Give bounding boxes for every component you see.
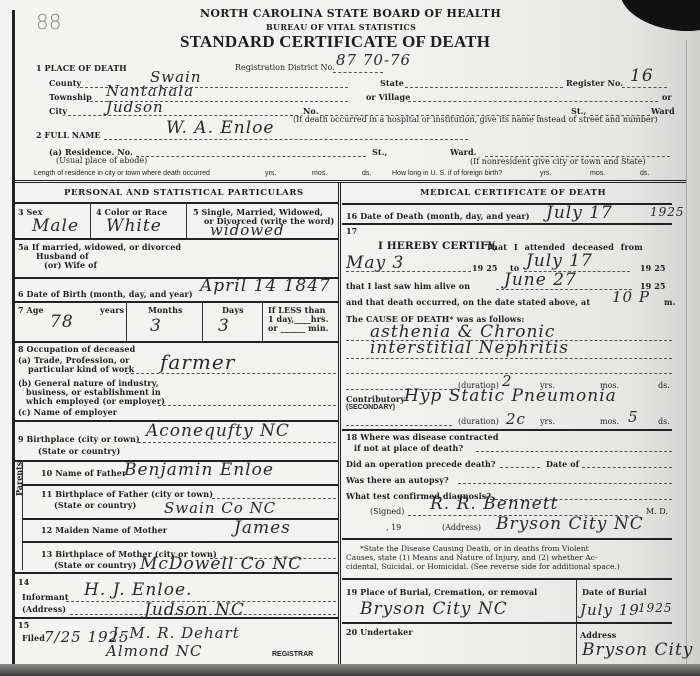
registrar-address: Almond NC [106,642,203,660]
operation-label: Did an operation precede death? [346,459,496,469]
mother-birth-sub: (State or country) [54,560,136,570]
length-ds-label: ds. [362,170,371,177]
certificate-title: STANDARD CERTIFICATE OF DEATH [180,32,490,52]
residence-sub: (Usual place of abode) [56,156,147,165]
county-label: County [49,78,81,88]
birthplace-value: Aconequfty NC [146,421,290,441]
secondary-label: (SECONDARY) [346,404,395,411]
row-rule [14,301,338,303]
informant-num: 14 [18,577,29,587]
undertaker-label: 20 Undertaker [346,627,413,637]
register-line [622,87,667,88]
father-label: 10 Name of Father [41,468,126,478]
age-days-value: 3 [218,316,230,336]
length-mos-label: mos. [312,170,327,177]
mother-birth-value: McDowell Co NC [140,554,302,574]
row-rule [14,238,338,240]
cause-rule-2 [346,358,672,359]
cause-line-2: interstitial Nephritis [370,338,569,358]
registration-district-label: Registration District No. [235,63,335,72]
age-label: 7 Age [18,305,44,315]
bureau-title: BUREAU OF VITAL STATISTICS [266,22,416,32]
undertaker-address-value: Bryson City [582,640,693,660]
state-label: State [380,78,404,88]
right-border [686,40,687,665]
item-17: 17 [346,226,357,236]
informant-value: H. J. Enloe. [84,580,192,600]
full-name-value: W. A. Enloe [166,118,274,138]
signer-address-label: (Address) [442,523,481,532]
q18-label-2: if not at place of death? [354,443,463,453]
registration-district-value: 87 70-76 [336,51,411,69]
industry-label-3: which employed (or employer) [26,396,165,406]
contributory-value: Hyp Static Pneumonia [404,386,617,406]
q18-label-1: 18 Where was disease contracted [346,432,499,442]
undertaker-address-label: Address [580,630,616,640]
last-seen-label: that I last saw him alive on [346,281,470,291]
years-label: years [100,305,124,315]
from-year: 19 25 [472,263,498,273]
contrib-ds-label: ds. [658,417,670,426]
months-label: Months [148,305,183,315]
row-rule [22,541,338,543]
or-label: or [662,92,672,102]
q18-line [476,451,672,452]
state-line [405,87,563,88]
autopsy-line [458,483,672,484]
medical-heading-rule [342,203,672,205]
medical-heading: MEDICAL CERTIFICATE OF DEATH [420,188,606,198]
nonresident-note: (If nonresident give city or town and St… [470,157,646,166]
registration-line [333,72,383,73]
row-rule [342,578,672,580]
to-year: 19 25 [640,263,666,273]
birthplace-line [138,442,336,443]
industry-line [158,405,336,406]
contrib-yrs-label: yrs. [540,417,555,426]
foreign-yrs-label: yrs. [540,170,551,177]
burial-value: Bryson City NC [360,599,508,619]
mother-value: James [234,518,291,538]
attended-to: July 17 [526,251,593,271]
signed-value: R. R. Bennett [430,494,558,514]
informant-address-label: (Address) [22,604,66,614]
attended-from: May 3 [346,253,404,273]
place-of-death-label: 1 PLACE OF DEATH [36,63,127,73]
death-certificate-page: 88 NORTH CAROLINA STATE BOARD OF HEALTH … [0,0,700,676]
page-number: 88 [36,10,61,34]
father-birth-value: Swain Co NC [164,499,276,517]
age-divider [202,301,203,341]
marital-value: widowed [210,221,285,239]
contributory-label: Contributory [346,394,405,404]
father-birth-label: 11 Birthplace of Father (city or town) [41,489,213,499]
sex-value: Male [32,216,79,236]
autopsy-label: Was there an autopsy? [346,475,449,485]
md-label: M. D. [646,507,668,516]
father-birth-sub: (State or country) [54,500,136,510]
length-residence-label: Length of residence in city or town wher… [34,170,210,177]
hospital-note: (If death occurred in a hospital or inst… [293,115,658,124]
row-rule [14,572,338,574]
trade-value: farmer [160,350,235,374]
date-of-label: Date of [546,459,579,469]
row-rule [342,538,672,540]
personal-heading: PERSONAL AND STATISTICAL PARTICULARS [64,188,304,198]
burial-date-label: Date of Burial [582,587,647,597]
foreign-mos-label: mos. [590,170,605,177]
informant-label: Informant [22,592,69,602]
age-years-value: 78 [50,312,74,332]
occurred-time: 10 P [612,288,650,306]
contrib-duration-rule [346,425,452,426]
from-line [346,271,471,272]
register-no-value: 16 [630,66,654,86]
age-divider [126,301,127,341]
race-value: White [106,216,162,236]
residence-st-label: St., [372,147,387,157]
scan-corner-shadow [616,0,700,39]
row-rule [342,429,672,431]
full-name-label: 2 FULL NAME [36,130,101,140]
trade-label-2: particular kind of work [28,364,134,374]
village-line [408,101,658,102]
occurred-label: and that death occurred, on the date sta… [346,297,590,307]
footnote-1: *State the Disease Causing Death, or in … [360,544,589,553]
last-seen-value: June 27 [504,270,577,290]
burial-year: 1925 [638,601,673,615]
residence-line [136,156,366,157]
row-rule [14,341,338,343]
footnote-3: cidental, Suicidal, or Homicidal. (See r… [346,562,620,571]
contrib-months: 5 [628,408,639,426]
registrar-name: J. M. R. Dehart [112,624,240,642]
residence-ward-label: Ward. [450,147,477,157]
contrib-duration-label: (duration) [458,417,499,426]
filed-label: Filed [22,633,45,643]
race-marital-divider [186,202,187,238]
village-label: or Village [366,92,410,102]
dod-value: July 17 [546,203,613,223]
m-label: m. [664,297,675,307]
length-yrs-label: yrs. [265,170,276,177]
parents-label: Parents [14,462,24,496]
city-label: City [49,106,67,116]
signed-label: (Signed) [370,507,404,516]
signer-address-value: Bryson City NC [496,514,644,534]
dob-label: 6 Date of Birth (month, day, and year) [18,289,193,299]
burial-label: 19 Place of Burial, Cremation, or remova… [346,587,537,597]
dod-label: 16 Date of Death (month, day, and year) [346,211,530,221]
foreign-ds-label: ds. [640,170,649,177]
burial-date-value: July 19 [580,601,640,619]
age-divider [262,301,263,341]
father-value: Benjamin Enloe [124,460,274,480]
nineteen-label: , 19 [386,523,401,532]
age-months-value: 3 [150,316,162,336]
column-divider [338,183,341,665]
row-rule [342,223,672,225]
contrib-mos-label: mos. [600,417,619,426]
occupation-label: 8 Occupation of deceased [18,344,135,354]
duration-ds-label: ds. [658,381,670,390]
row-rule [342,622,672,624]
city-value: Judson [106,98,164,116]
foreign-birth-label: How long in U. S. if of foreign birth? [392,170,502,177]
township-label: Township [49,92,92,102]
spouse-label-3: (or) Wife of [44,260,97,270]
city-line [68,115,298,116]
dob-value: April 14 1847 [200,276,331,296]
sex-race-divider [90,202,91,238]
left-border [12,10,15,665]
filed-num: 15 [18,620,29,630]
register-no-label: Register No. [566,78,623,88]
burial-divider [576,578,577,664]
mother-label: 12 Maiden Name of Mother [41,525,167,535]
full-name-line [104,139,468,140]
contrib-years: 2c [506,410,526,428]
dod-year: 1925 [650,205,685,219]
birthplace-label: 9 Birthplace (city or town) [18,434,140,444]
less-label-3: or ______ min. [268,323,329,333]
row-rule [14,617,338,619]
operation-line [500,467,540,468]
section-divider [14,180,686,183]
date-of-line [582,467,672,468]
certify-text: I HEREBY CERTIFY, [378,240,498,252]
footnote-2: Causes, state (1) Means and Nature of In… [346,553,597,562]
registrar-label: REGISTRAR [272,651,313,658]
row-rule [22,484,338,486]
scan-bottom-shadow [0,664,700,676]
birthplace-sub: (State or country) [38,446,120,456]
agency-title: NORTH CAROLINA STATE BOARD OF HEALTH [200,7,501,20]
days-label: Days [222,305,244,315]
personal-heading-rule [14,202,338,204]
employer-label: (c) Name of employer [18,407,117,417]
